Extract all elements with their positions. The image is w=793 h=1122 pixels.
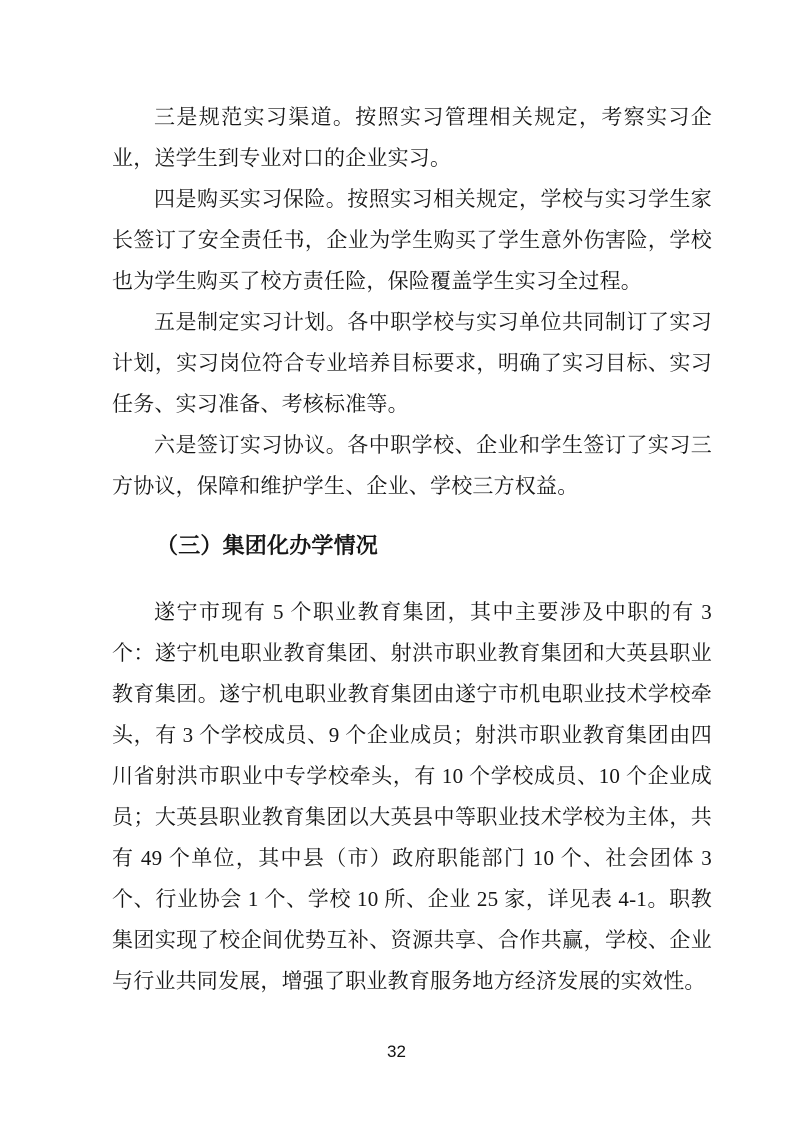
paragraph-internship-agreement: 六是签订实习协议。各中职学校、企业和学生签订了实习三方协议，保障和维护学生、企业… [112, 425, 712, 507]
page-number: 32 [0, 1042, 793, 1062]
paragraph-internship-channels: 三是规范实习渠道。按照实习管理相关规定，考察实习企业，送学生到专业对口的企业实习… [112, 97, 712, 179]
paragraph-internship-plan: 五是制定实习计划。各中职学校与实习单位共同制订了实习计划，实习岗位符合专业培养目… [112, 302, 712, 425]
section-heading: （三）集团化办学情况 [112, 525, 712, 566]
paragraph-education-groups: 遂宁市现有 5 个职业教育集团，其中主要涉及中职的有 3 个：遂宁机电职业教育集… [112, 592, 712, 1002]
document-page: 三是规范实习渠道。按照实习管理相关规定，考察实习企业，送学生到专业对口的企业实习… [0, 0, 793, 1122]
paragraph-internship-insurance: 四是购买实习保险。按照实习相关规定，学校与实习学生家长签订了安全责任书，企业为学… [112, 179, 712, 302]
page-content: 三是规范实习渠道。按照实习管理相关规定，考察实习企业，送学生到专业对口的企业实习… [112, 97, 712, 1002]
